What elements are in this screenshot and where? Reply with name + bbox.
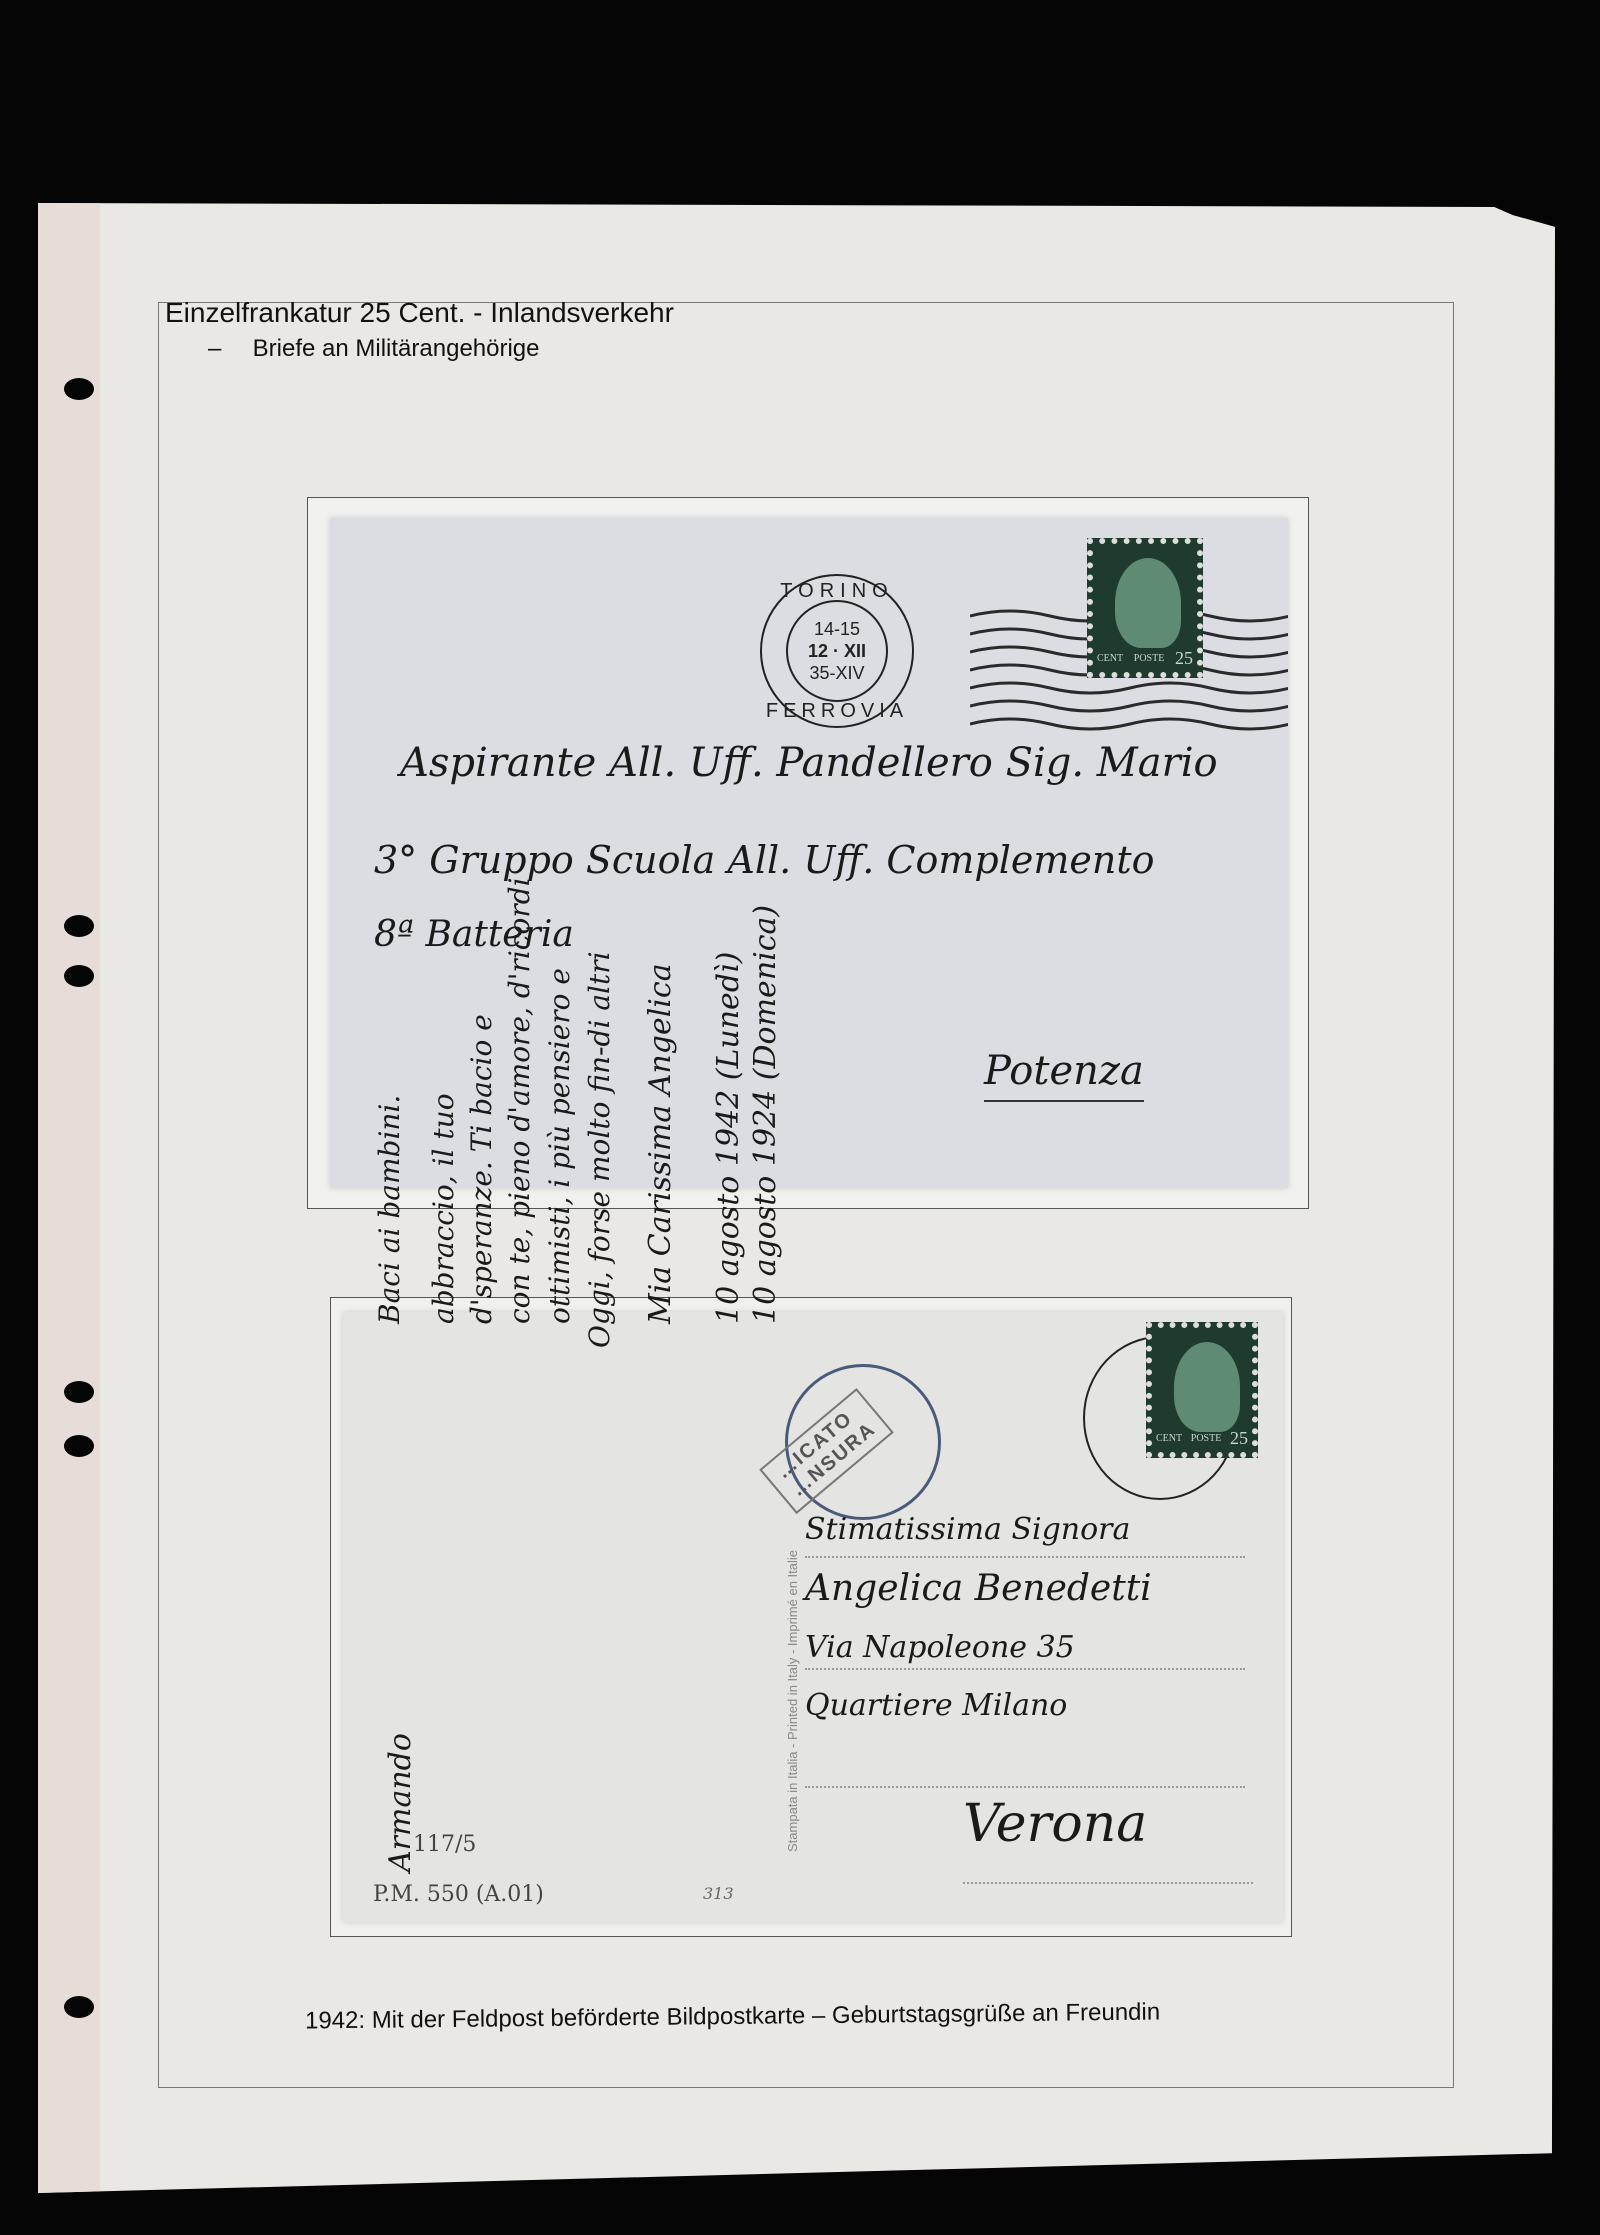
subtitle-bullet: – — [208, 335, 246, 363]
annotation-number: 117/5 — [413, 1832, 476, 1857]
address-line: Stimatissima Signora — [805, 1512, 1130, 1547]
page-margin-shade — [38, 203, 100, 2193]
king-portrait-icon — [1115, 558, 1181, 648]
king-portrait-icon — [1174, 1342, 1240, 1432]
printed-origin-text: Stampata in Italia - Printed in Italy - … — [785, 1550, 800, 1852]
subtitle-text: Briefe an Militärangehörige — [253, 335, 540, 362]
punch-hole — [64, 378, 94, 400]
punch-hole — [64, 1435, 94, 1457]
punch-hole — [64, 1381, 94, 1403]
postcard-mount: 10 agosto 1924 (Domenica) 10 agosto 1942… — [330, 1297, 1292, 1937]
address-line: Via Napoleone 35 — [805, 1630, 1075, 1665]
punch-hole — [64, 915, 94, 937]
postage-stamp-25c: CENTPOSTE25 — [1146, 1322, 1258, 1458]
postmark-torino: TORINO 14-15 12 · XII 35-XIV FERROVIA — [760, 574, 914, 728]
address-line: Aspirante All. Uff. Pandellero Sig. Mari… — [400, 740, 1218, 786]
postcard: 10 agosto 1924 (Domenica) 10 agosto 1942… — [343, 1312, 1283, 1922]
punch-hole — [64, 965, 94, 987]
address-line: Quartiere Milano — [805, 1688, 1067, 1723]
address-city: Potenza — [984, 1048, 1144, 1102]
address-line: 8ª Batteria — [374, 914, 574, 955]
punch-hole — [64, 1996, 94, 2018]
page-title: Einzelfrankatur 25 Cent. - Inlandsverkeh… — [165, 297, 674, 329]
annotation-catalog: 313 — [703, 1884, 734, 1903]
address-line: 3° Gruppo Scuola All. Uff. Complemento — [374, 838, 1155, 882]
page-subtitle: – Briefe an Militärangehörige — [208, 335, 540, 363]
postage-stamp-25c: CENTPOSTE25 — [1087, 538, 1203, 678]
address-line: Angelica Benedetti — [805, 1568, 1152, 1609]
address-city: Verona — [963, 1794, 1147, 1854]
annotation-fieldpost: P.M. 550 (A.01) — [373, 1882, 544, 1907]
